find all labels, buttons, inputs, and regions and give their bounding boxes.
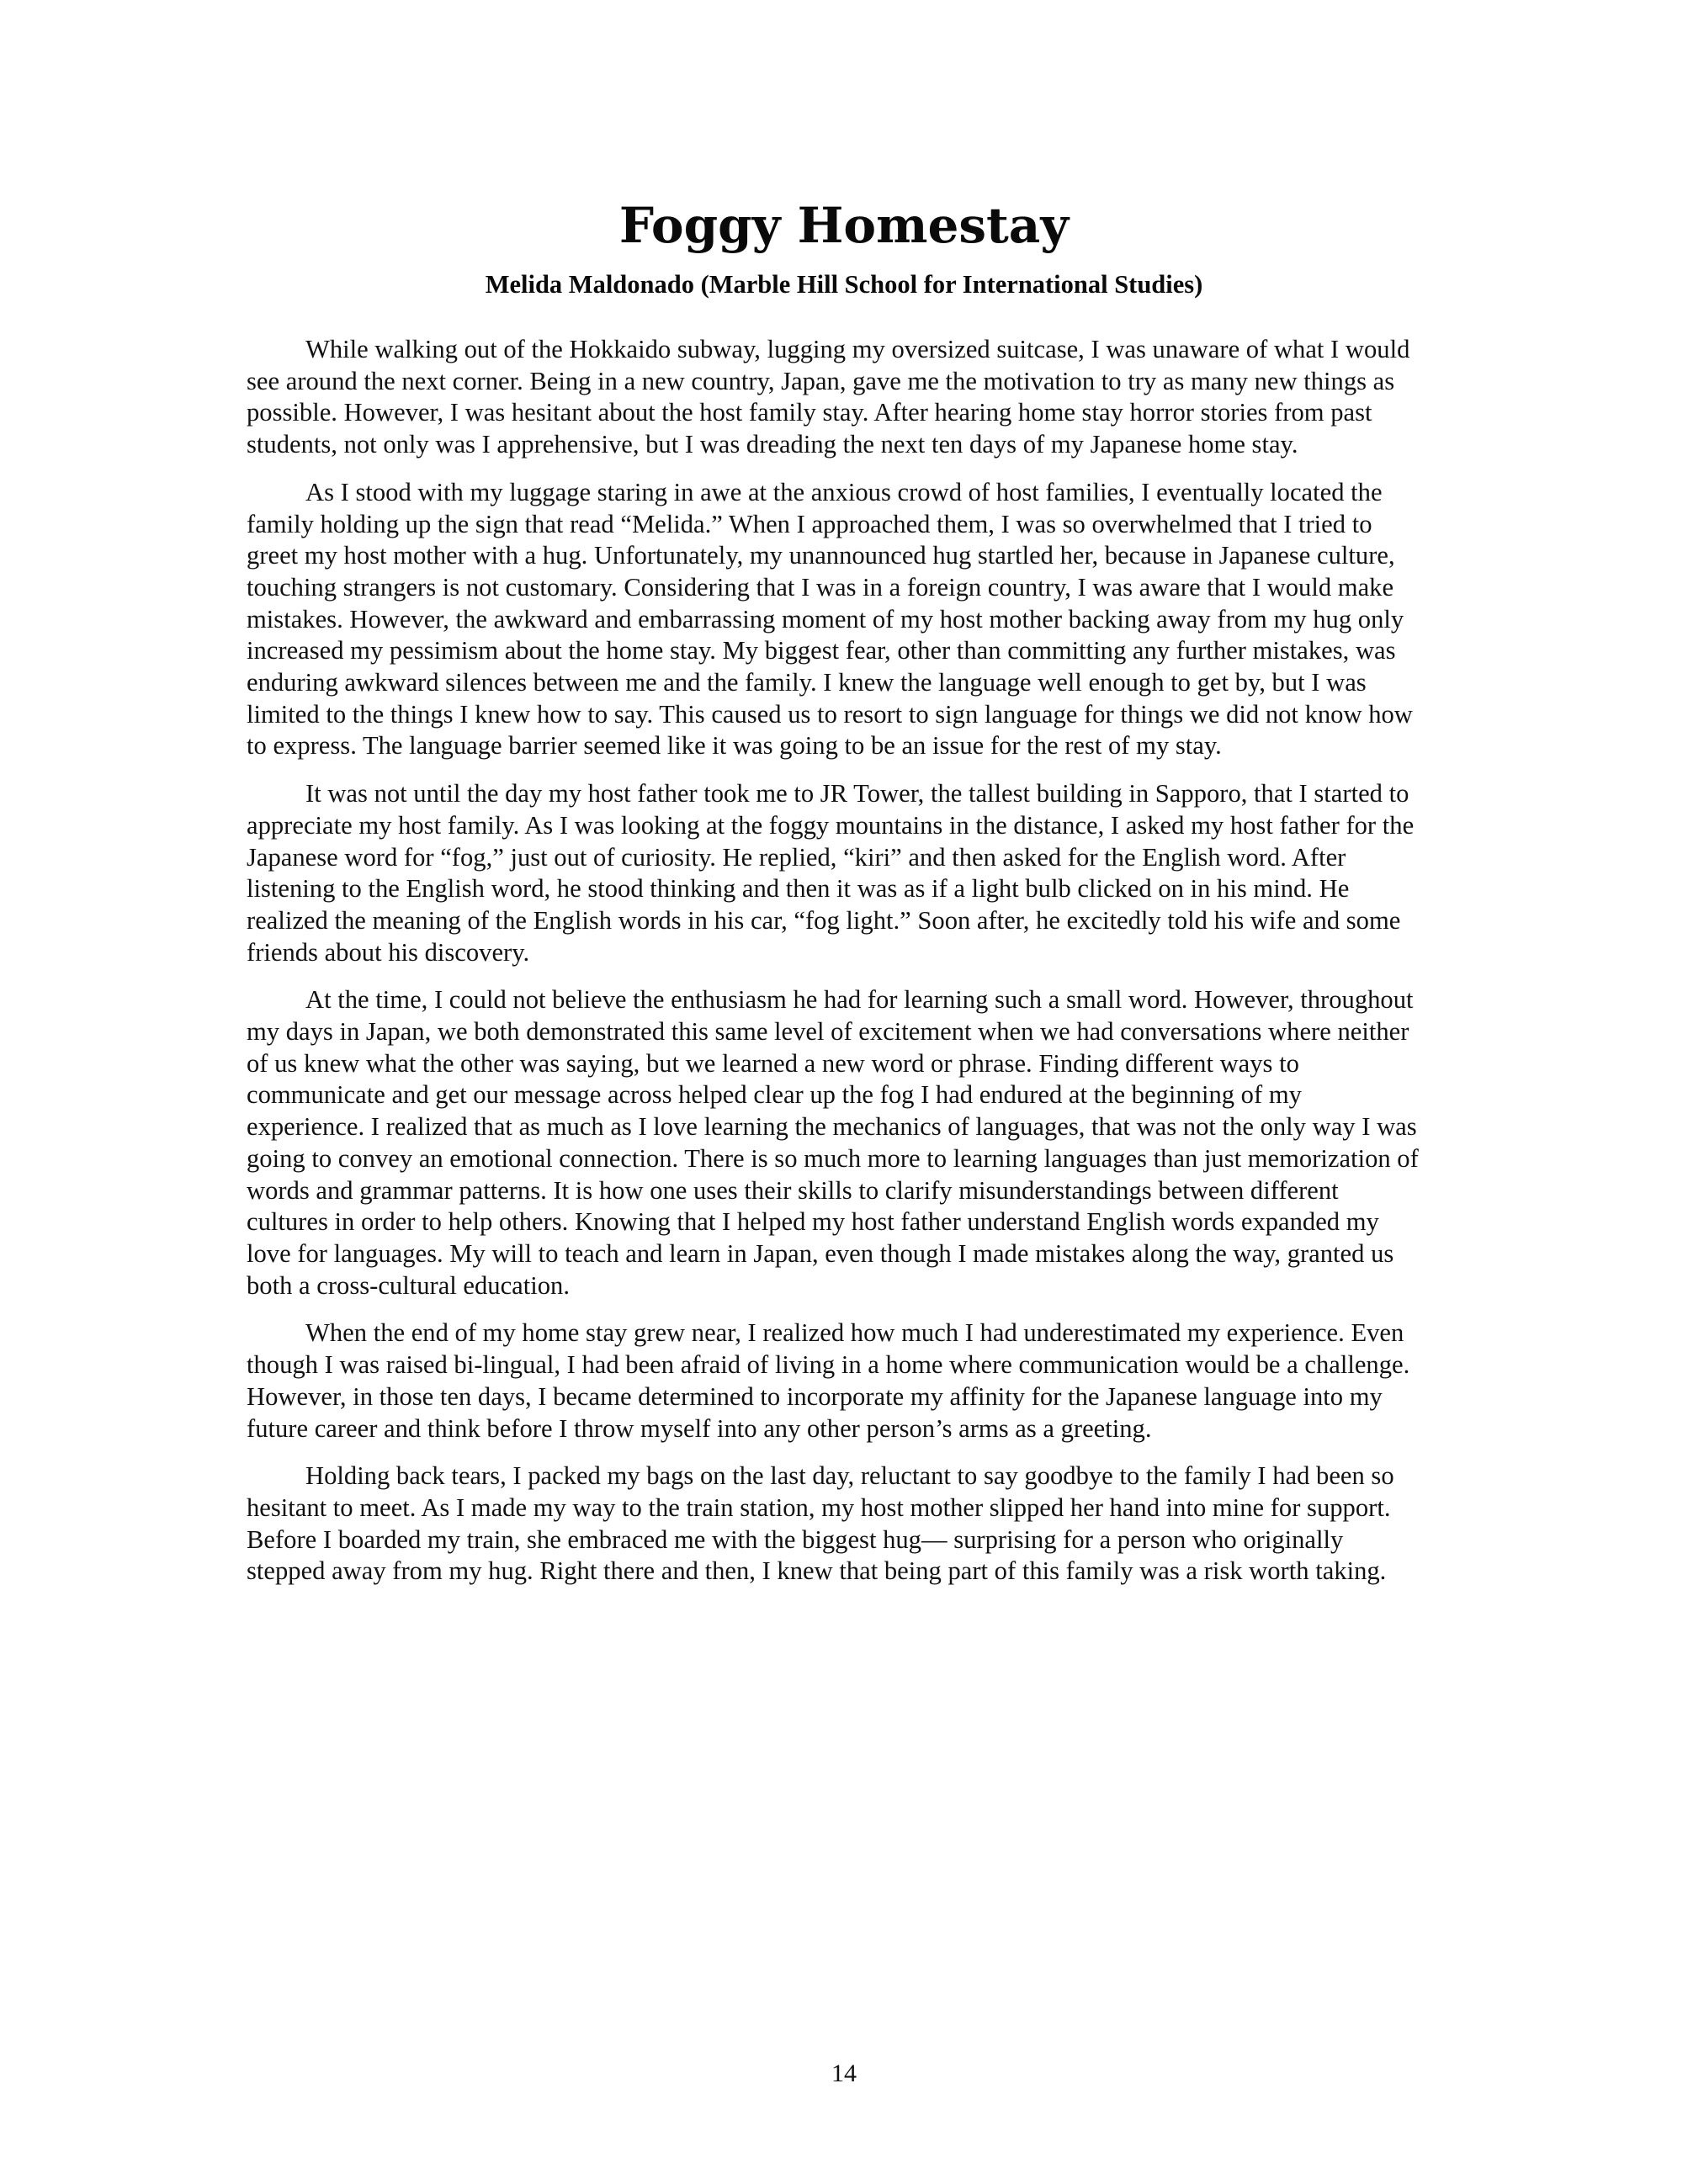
paragraph: Holding back tears, I packed my bags on …: [247, 1460, 1425, 1588]
paragraph: When the end of my home stay grew near, …: [247, 1317, 1425, 1445]
essay-title: Foggy Homestay: [0, 192, 1688, 259]
paragraph: While walking out of the Hokkaido subway…: [247, 334, 1425, 461]
paragraph: It was not until the day my host father …: [247, 778, 1425, 968]
author-byline: Melida Maldonado (Marble Hill School for…: [0, 268, 1688, 301]
page-number: 14: [0, 2057, 1688, 2091]
paragraph: As I stood with my luggage staring in aw…: [247, 477, 1425, 762]
essay-body: While walking out of the Hokkaido subway…: [247, 334, 1425, 1604]
paragraph: At the time, I could not believe the ent…: [247, 984, 1425, 1301]
document-page: Foggy Homestay Melida Maldonado (Marble …: [0, 0, 1688, 2184]
